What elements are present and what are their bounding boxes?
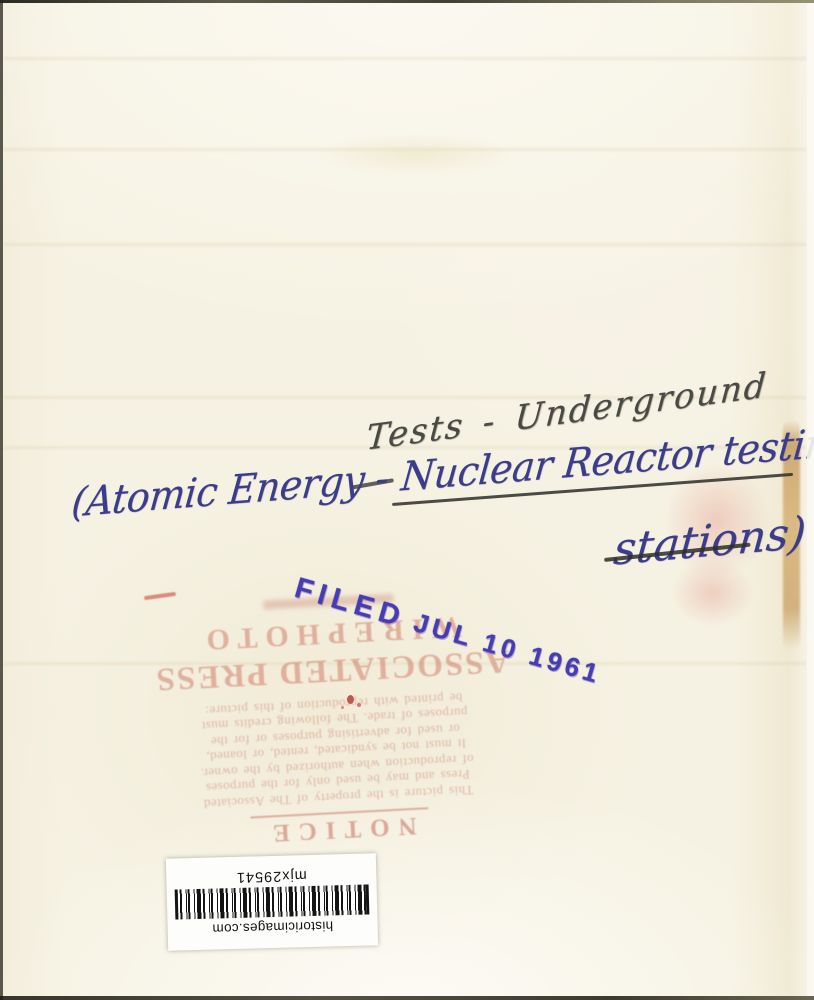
barcode-website-text: historicimages.com [212,919,333,937]
ink-annotation-prefix: (Atomic Energy - [70,455,391,526]
faint-stain [278,126,553,178]
barcode-icon [175,885,370,920]
scan-edge-top [0,0,814,3]
photo-back-scan: NOTICE This picture is the property of T… [0,0,814,1000]
scan-edge-left [0,0,3,1000]
barcode-label: historicimages.com mjx29541 [166,853,378,950]
scanner-streak [4,57,806,60]
barcode-code-text: mjx29541 [236,868,307,886]
scanner-streak [4,243,806,246]
scan-edge-right [807,3,814,996]
scan-edge-bottom [0,996,814,1000]
